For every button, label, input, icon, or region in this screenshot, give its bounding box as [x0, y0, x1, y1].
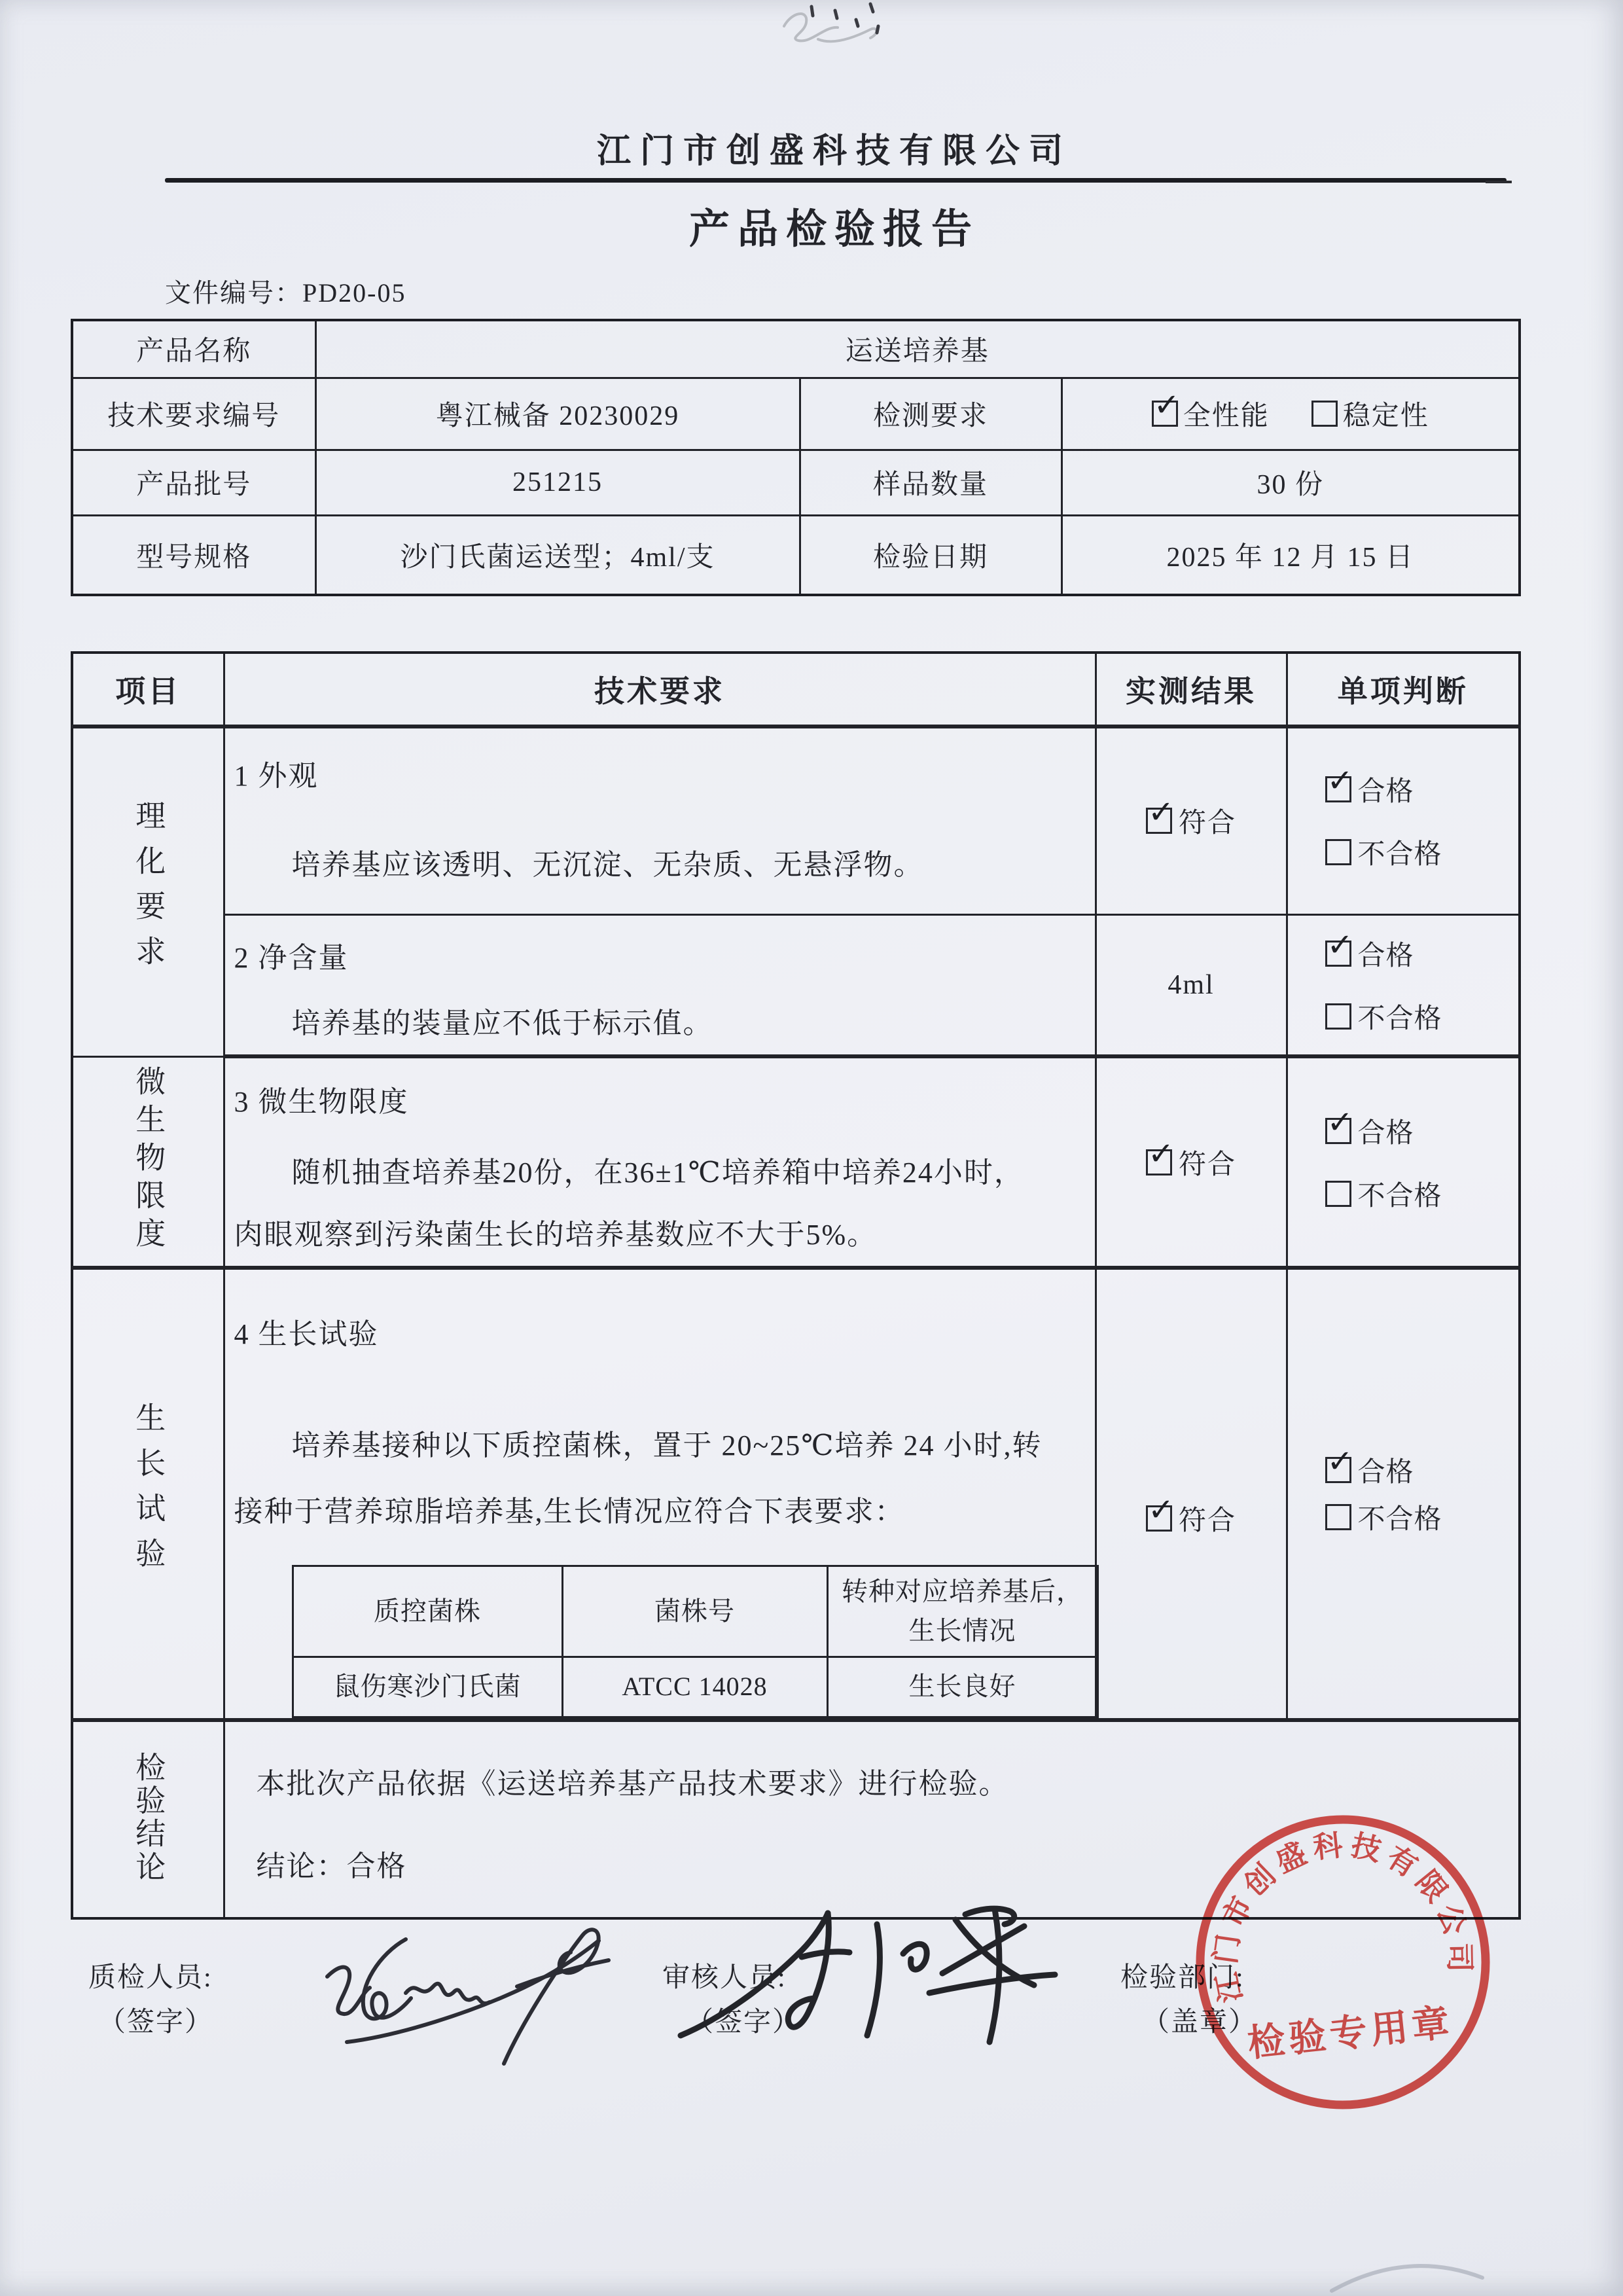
- judgment-fail-label: 不合格: [1358, 1174, 1442, 1213]
- scan-artifact: [772, 0, 890, 52]
- test-req-options-row: ✓ 全性能 稳定性: [1063, 394, 1518, 433]
- growth-strain-table: 质控菌株 菌株号 转种对应培养基后，生长情况 鼠伤寒沙门氏菌 ATCC 1402…: [292, 1565, 1099, 1718]
- qc-person-label: 质检人员:: [88, 1956, 213, 1995]
- net-content-judgment-stack: ✓ 合格 不合格: [1289, 934, 1518, 1036]
- net-content-title: 2 净含量: [234, 934, 1075, 976]
- stamp-ring-text: 江门市创盛科技有限公司: [1196, 1816, 1479, 2005]
- conclusion-line1: 本批次产品依据《运送培养基产品技术要求》进行检验。: [257, 1760, 1493, 1802]
- tech-req-no-value: 粤江械备 20230029: [315, 378, 800, 450]
- product-name-label: 产品名称: [72, 320, 315, 378]
- check-icon: ✓: [1327, 1107, 1354, 1138]
- judgment-pass-label: 合格: [1358, 1111, 1414, 1151]
- company-name: 江门市创盛科技有限公司: [46, 123, 1623, 172]
- growth-measured: ✓ 符合: [1096, 1268, 1287, 1719]
- sample-qty-value: 30 份: [1061, 450, 1520, 515]
- judgment-pass-label: 合格: [1358, 1450, 1414, 1490]
- checkbox-checked: ✓: [1152, 401, 1178, 427]
- row-appearance: 理化要求 1 外观 培养基应该透明、无沉淀、无杂质、无悬浮物。 ✓ 符合 ✓ 合…: [72, 726, 1520, 914]
- net-content-judgment: ✓ 合格 不合格: [1287, 914, 1520, 1056]
- checkbox-unchecked: [1325, 1181, 1351, 1207]
- appearance-title: 1 外观: [234, 752, 1075, 794]
- option-stability: 稳定性: [1311, 394, 1429, 433]
- judgment-pass-line: ✓ 合格: [1325, 770, 1518, 809]
- option-full-performance: ✓ 全性能: [1152, 394, 1270, 433]
- review-signature: [668, 1895, 1060, 2049]
- check-icon: ✓: [1154, 389, 1181, 421]
- microbial-body: 随机抽查培养基20份，在36±1℃培养箱中培养24小时，肉眼观察到污染菌生长的培…: [234, 1142, 1052, 1266]
- appearance-judgment-stack: ✓ 合格 不合格: [1289, 770, 1518, 872]
- col-judgment-header: 单项判断: [1287, 653, 1520, 726]
- info-row-model: 型号规格 沙门氏菌运送型；4ml/支 检验日期 2025 年 12 月 15 日: [72, 515, 1520, 595]
- microbial-measured-line: ✓ 符合: [1146, 1143, 1236, 1182]
- judgment-pass-line: ✓ 合格: [1325, 1111, 1518, 1151]
- judgment-fail-line: 不合格: [1325, 1174, 1518, 1213]
- growth-title: 4 生长试验: [234, 1310, 1075, 1352]
- qc-sign-hint: （签字）: [98, 2000, 213, 2039]
- checkbox-unchecked: [1325, 839, 1351, 865]
- strain-name: 鼠伤寒沙门氏菌: [293, 1657, 562, 1717]
- microbial-measured-text: 符合: [1179, 1143, 1236, 1182]
- check-icon: ✓: [1148, 1138, 1175, 1170]
- model-value: 沙门氏菌运送型；4ml/支: [315, 515, 800, 595]
- product-name-value: 运送培养基: [315, 320, 1520, 378]
- checkbox-checked: ✓: [1146, 1149, 1172, 1175]
- checkbox-checked: ✓: [1325, 776, 1351, 802]
- strain-table-row: 鼠伤寒沙门氏菌 ATCC 14028 生长良好: [293, 1657, 1097, 1717]
- judgment-fail-label: 不合格: [1358, 1498, 1442, 1537]
- group-growth: 生长试验: [72, 1268, 224, 1719]
- checkbox-checked: ✓: [1146, 1505, 1172, 1532]
- test-req-label: 检测要求: [800, 378, 1061, 450]
- col-measured-header: 实测结果: [1096, 653, 1287, 726]
- strain-no-col-header: 菌株号: [562, 1566, 827, 1657]
- header-divider: [165, 178, 1507, 183]
- tech-req-no-label: 技术要求编号: [72, 378, 315, 450]
- group-physchem-label: 理化要求: [126, 800, 169, 980]
- test-req-options: ✓ 全性能 稳定性: [1061, 378, 1520, 450]
- growth-measured-text: 符合: [1179, 1499, 1236, 1538]
- company-stamp: 江门市创盛科技有限公司 检验专用章: [1186, 1805, 1500, 2119]
- info-row-techreq: 技术要求编号 粤江械备 20230029 检测要求 ✓ 全性能 稳定性: [72, 378, 1520, 450]
- checkbox-unchecked: [1311, 401, 1338, 427]
- row-growth-test: 生长试验 4 生长试验 培养基接种以下质控菌株，置于 20~25℃培养 24 小…: [72, 1268, 1520, 1719]
- group-micro: 微生物限度: [72, 1056, 224, 1268]
- microbial-title: 3 微生物限度: [234, 1078, 1075, 1120]
- judgment-fail-label: 不合格: [1358, 997, 1442, 1036]
- checkbox-checked: ✓: [1325, 1118, 1351, 1144]
- net-content-body: 培养基的装量应不低于标示值。: [234, 993, 1075, 1055]
- growth-judgment-stack: ✓ 合格 不合格: [1289, 1450, 1518, 1537]
- microbial-judgment-stack: ✓ 合格 不合格: [1289, 1111, 1518, 1213]
- check-icon: ✓: [1327, 1446, 1354, 1477]
- row-microbial-limit: 微生物限度 3 微生物限度 随机抽查培养基20份，在36±1℃培养箱中培养24小…: [72, 1056, 1520, 1268]
- col-techreq-header: 技术要求: [224, 653, 1096, 726]
- appearance-measured: ✓ 符合: [1096, 726, 1287, 914]
- growth-result-col-header: 转种对应培养基后，生长情况: [827, 1566, 1097, 1657]
- check-icon: ✓: [1148, 1494, 1175, 1526]
- pencil-mark-artifact: [1322, 2257, 1492, 2296]
- appearance-measured-line: ✓ 符合: [1146, 801, 1236, 840]
- info-table: 产品名称 运送培养基 技术要求编号 粤江械备 20230029 检测要求 ✓ 全…: [71, 319, 1521, 596]
- result-header-row: 项目 技术要求 实测结果 单项判断: [72, 653, 1520, 726]
- growth-result: 生长良好: [827, 1657, 1097, 1717]
- judgment-pass-label: 合格: [1358, 934, 1414, 973]
- check-icon: ✓: [1327, 765, 1354, 797]
- doc-number: 文件编号：PD20-05: [165, 272, 406, 310]
- qc-signature: [308, 1914, 628, 2068]
- judgment-fail-line: 不合格: [1325, 997, 1518, 1036]
- judgment-pass-line: ✓ 合格: [1325, 934, 1518, 973]
- appearance-body: 培养基应该透明、无沉淀、无杂质、无悬浮物。: [234, 834, 1075, 897]
- growth-measured-line: ✓ 符合: [1146, 1499, 1236, 1538]
- microbial-judgment: ✓ 合格 不合格: [1287, 1056, 1520, 1268]
- test-date-value: 2025 年 12 月 15 日: [1061, 515, 1520, 595]
- batch-value: 251215: [315, 450, 800, 515]
- group-growth-label: 生长试验: [126, 1402, 169, 1583]
- judgment-fail-line: 不合格: [1325, 833, 1518, 872]
- net-content-requirement: 2 净含量 培养基的装量应不低于标示值。: [224, 914, 1096, 1056]
- svg-text:江门市创盛科技有限公司: 江门市创盛科技有限公司: [1196, 1816, 1479, 2005]
- judgment-fail-line: 不合格: [1325, 1498, 1518, 1537]
- report-title: 产品检验报告: [46, 196, 1623, 255]
- growth-requirement: 4 生长试验 培养基接种以下质控菌株，置于 20~25℃培养 24 小时,转接种…: [224, 1268, 1096, 1719]
- result-table: 项目 技术要求 实测结果 单项判断 理化要求 1 外观 培养基应该透明、无沉淀、…: [71, 651, 1521, 1920]
- check-icon: ✓: [1327, 929, 1354, 961]
- net-content-measured-text: 4ml: [1168, 969, 1214, 1001]
- group-conclusion: 检验结论: [72, 1720, 224, 1918]
- info-row-product: 产品名称 运送培养基: [72, 320, 1520, 378]
- model-label: 型号规格: [72, 515, 315, 595]
- judgment-pass-line: ✓ 合格: [1325, 1450, 1518, 1490]
- appearance-measured-text: 符合: [1179, 801, 1236, 840]
- check-icon: ✓: [1148, 797, 1175, 828]
- appearance-requirement: 1 外观 培养基应该透明、无沉淀、无杂质、无悬浮物。: [224, 726, 1096, 914]
- info-row-batch: 产品批号 251215 样品数量 30 份: [72, 450, 1520, 515]
- judgment-fail-label: 不合格: [1358, 833, 1442, 872]
- growth-judgment: ✓ 合格 不合格: [1287, 1268, 1520, 1719]
- sample-qty-label: 样品数量: [800, 450, 1061, 515]
- group-physchem: 理化要求: [72, 726, 224, 1056]
- option-full-performance-label: 全性能: [1183, 394, 1270, 433]
- strain-number: ATCC 14028: [562, 1657, 827, 1717]
- microbial-requirement: 3 微生物限度 随机抽查培养基20份，在36±1℃培养箱中培养24小时，肉眼观察…: [224, 1056, 1096, 1268]
- checkbox-unchecked: [1325, 1504, 1351, 1530]
- group-micro-label: 微生物限度: [126, 1066, 169, 1255]
- row-net-content: 2 净含量 培养基的装量应不低于标示值。 4ml ✓ 合格 不合格: [72, 914, 1520, 1056]
- strain-table-header: 质控菌株 菌株号 转种对应培养基后，生长情况: [293, 1566, 1097, 1657]
- net-content-measured: 4ml: [1096, 914, 1287, 1056]
- stamp-center-text: 检验专用章: [1246, 2002, 1455, 2065]
- checkbox-checked: ✓: [1325, 941, 1351, 967]
- checkbox-unchecked: [1325, 1003, 1351, 1030]
- checkbox-checked: ✓: [1146, 808, 1172, 834]
- growth-body: 培养基接种以下质控菌株，置于 20~25℃培养 24 小时,转接种于营养琼脂培养…: [234, 1412, 1046, 1545]
- strain-col-header: 质控菌株: [293, 1566, 562, 1657]
- appearance-judgment: ✓ 合格 不合格: [1287, 726, 1520, 914]
- microbial-measured: ✓ 符合: [1096, 1056, 1287, 1268]
- batch-label: 产品批号: [72, 450, 315, 515]
- col-item-header: 项目: [72, 653, 224, 726]
- group-conclusion-label: 检验结论: [126, 1751, 169, 1884]
- checkbox-checked: ✓: [1325, 1457, 1351, 1483]
- report-page: 江门市创盛科技有限公司 产品检验报告 文件编号：PD20-05 产品名称 运送培…: [0, 0, 1623, 2296]
- test-date-label: 检验日期: [800, 515, 1061, 595]
- option-stability-label: 稳定性: [1343, 394, 1429, 433]
- judgment-pass-label: 合格: [1358, 770, 1414, 809]
